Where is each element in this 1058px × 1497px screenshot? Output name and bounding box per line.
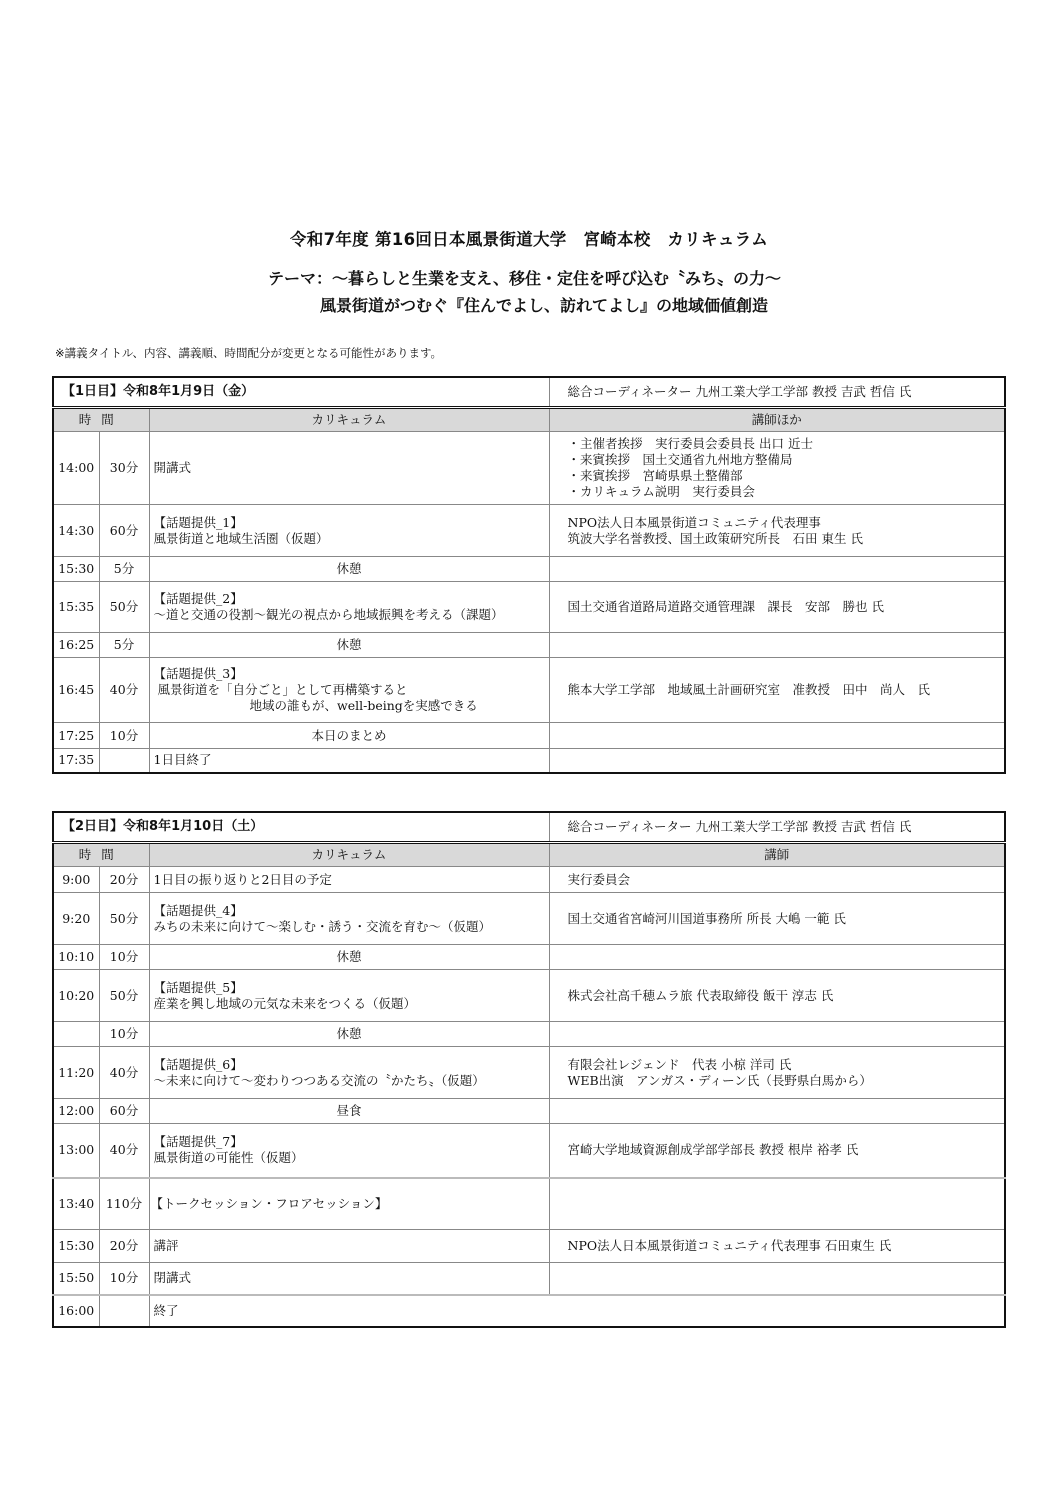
- row-curriculum: 閉講式: [149, 1263, 549, 1295]
- row-duration: 50分: [99, 582, 149, 633]
- curriculum-line: ～道と交通の役割～観光の視点から地域振興を考える（課題）: [154, 607, 545, 623]
- curriculum-line: 風景街道の可能性（仮題）: [154, 1150, 545, 1166]
- row-duration: 50分: [99, 893, 149, 945]
- curriculum-line: 【話題提供_2】: [154, 591, 545, 607]
- row-duration: 5分: [99, 557, 149, 582]
- curriculum-line: 【話題提供_3】: [154, 666, 545, 682]
- table-row: 17:25 10分 本日のまとめ: [53, 723, 1005, 749]
- row-lecturer: [549, 1022, 1005, 1047]
- row-curriculum: 【話題提供_4】 みちの未来に向けて～楽しむ・誘う・交流を育む～（仮題）: [149, 893, 549, 945]
- row-time: 15:30: [53, 557, 99, 582]
- theme-line-2: 風景街道がつむぐ『住んでよし、訪れてよし』の地域価値創造: [320, 293, 768, 316]
- row-duration: 20分: [99, 867, 149, 893]
- row-duration: [99, 749, 149, 773]
- day2-column-header: 時間 カリキュラム 講師: [53, 843, 1005, 867]
- row-duration: [99, 1295, 149, 1327]
- curriculum-line: 【話題提供_1】: [154, 515, 545, 531]
- row-curriculum: 終了: [149, 1295, 1005, 1327]
- day2-date-label: 【2日目】令和8年1月10日（土）: [53, 812, 549, 843]
- row-curriculum: 休憩: [149, 945, 549, 970]
- row-time: 16:45: [53, 658, 99, 723]
- table-row: 17:35 1日目終了: [53, 749, 1005, 773]
- table-row: 16:45 40分 【話題提供_3】 風景街道を「自分ごと」として再構築すると …: [53, 658, 1005, 723]
- column-header-curriculum: カリキュラム: [149, 408, 549, 432]
- row-time: 13:00: [53, 1124, 99, 1178]
- row-time: 14:30: [53, 505, 99, 557]
- row-curriculum: 昼食: [149, 1099, 549, 1124]
- day1-column-header: 時間 カリキュラム 講師ほか: [53, 408, 1005, 432]
- row-lecturer: 国土交通省宮崎河川国道事務所 所長 大嶋 一範 氏: [549, 893, 1005, 945]
- row-curriculum: 【話題提供_3】 風景街道を「自分ごと」として再構築すると 地域の誰もが、wel…: [149, 658, 549, 723]
- row-curriculum: 【話題提供_5】 産業を興し地域の元気な未来をつくる（仮題）: [149, 970, 549, 1022]
- row-curriculum: 休憩: [149, 1022, 549, 1047]
- row-duration: 30分: [99, 432, 149, 505]
- curriculum-line: 【話題提供_6】: [154, 1057, 545, 1073]
- table-row: 13:40 110分 【トークセッション・フロアセッション】: [53, 1178, 1005, 1230]
- row-time: 17:25: [53, 723, 99, 749]
- row-curriculum: 【話題提供_1】 風景街道と地域生活圏（仮題）: [149, 505, 549, 557]
- row-time: 15:30: [53, 1230, 99, 1263]
- column-header-time: 時間: [53, 843, 149, 867]
- table-row: 10分 休憩: [53, 1022, 1005, 1047]
- row-lecturer: NPO法人日本風景街道コミュニティ代表理事 石田東生 氏: [549, 1230, 1005, 1263]
- row-duration: 40分: [99, 1124, 149, 1178]
- row-lecturer: 国土交通省道路局道路交通管理課 課長 安部 勝也 氏: [549, 582, 1005, 633]
- row-lecturer: [549, 723, 1005, 749]
- table-row: 12:00 60分 昼食: [53, 1099, 1005, 1124]
- table-row: 13:00 40分 【話題提供_7】 風景街道の可能性（仮題） 宮崎大学地域資源…: [53, 1124, 1005, 1178]
- row-time: 17:35: [53, 749, 99, 773]
- lecturer-line: ・来賓挨拶 宮崎県県土整備部: [568, 468, 1001, 484]
- row-time: 9:20: [53, 893, 99, 945]
- row-time: 9:00: [53, 867, 99, 893]
- column-header-time: 時間: [53, 408, 149, 432]
- curriculum-line: 【話題提供_4】: [154, 903, 545, 919]
- curriculum-line: 産業を興し地域の元気な未来をつくる（仮題）: [154, 996, 545, 1012]
- row-curriculum: 1日目終了: [149, 749, 549, 773]
- row-lecturer: [549, 749, 1005, 773]
- lecturer-line: 筑波大学名誉教授、国土政策研究所長 石田 東生 氏: [568, 531, 1001, 547]
- lecturer-line: 有限会社レジェンド 代表 小椋 洋司 氏: [568, 1057, 1001, 1073]
- row-duration: 60分: [99, 505, 149, 557]
- row-curriculum: 【トークセッション・フロアセッション】: [149, 1178, 549, 1230]
- row-lecturer: [549, 945, 1005, 970]
- row-time: 16:25: [53, 633, 99, 658]
- row-curriculum: 【話題提供_2】 ～道と交通の役割～観光の視点から地域振興を考える（課題）: [149, 582, 549, 633]
- row-curriculum: 【話題提供_6】 ～未来に向けて～変わりつつある交流の〝かたち〟（仮題）: [149, 1047, 549, 1099]
- curriculum-line: 地域の誰もが、well-beingを実感できる: [154, 698, 545, 714]
- curriculum-line: 風景街道と地域生活圏（仮題）: [154, 531, 545, 547]
- table-row: 9:00 20分 1日目の振り返りと2日目の予定 実行委員会: [53, 867, 1005, 893]
- row-curriculum: 【話題提供_7】 風景街道の可能性（仮題）: [149, 1124, 549, 1178]
- table-row: 9:20 50分 【話題提供_4】 みちの未来に向けて～楽しむ・誘う・交流を育む…: [53, 893, 1005, 945]
- table-row: 15:50 10分 閉講式: [53, 1263, 1005, 1295]
- lecturer-line: WEB出演 アンガス・ディーン氏（長野県白馬から）: [568, 1073, 1001, 1089]
- curriculum-line: 開講式: [154, 460, 545, 476]
- row-time: 10:10: [53, 945, 99, 970]
- row-lecturer: 熊本大学工学部 地域風土計画研究室 准教授 田中 尚人 氏: [549, 658, 1005, 723]
- row-time: 13:40: [53, 1178, 99, 1230]
- day2-coordinator: 総合コーディネーター 九州工業大学工学部 教授 吉武 哲信 氏: [549, 812, 1005, 843]
- row-lecturer: NPO法人日本風景街道コミュニティ代表理事 筑波大学名誉教授、国土政策研究所長 …: [549, 505, 1005, 557]
- table-row: 15:30 5分 休憩: [53, 557, 1005, 582]
- row-curriculum: 本日のまとめ: [149, 723, 549, 749]
- row-time: [53, 1022, 99, 1047]
- row-lecturer: [549, 633, 1005, 658]
- row-time: 14:00: [53, 432, 99, 505]
- column-header-curriculum: カリキュラム: [149, 843, 549, 867]
- row-duration: 10分: [99, 723, 149, 749]
- row-lecturer: [549, 557, 1005, 582]
- lecturer-line: ・来賓挨拶 国土交通省九州地方整備局: [568, 452, 1001, 468]
- theme-line-1: テーマ：～暮らしと生業を支え、移住・定住を呼び込む〝みち〟の力～: [268, 266, 781, 289]
- row-lecturer: 実行委員会: [549, 867, 1005, 893]
- table-row: 11:20 40分 【話題提供_6】 ～未来に向けて～変わりつつある交流の〝かた…: [53, 1047, 1005, 1099]
- row-lecturer: ・主催者挨拶 実行委員会委員長 出口 近士 ・来賓挨拶 国土交通省九州地方整備局…: [549, 432, 1005, 505]
- row-time: 11:20: [53, 1047, 99, 1099]
- row-time: 16:00: [53, 1295, 99, 1327]
- day1-header-row: 【1日目】令和8年1月9日（金） 総合コーディネーター 九州工業大学工学部 教授…: [53, 377, 1005, 408]
- row-duration: 10分: [99, 1022, 149, 1047]
- row-time: 15:35: [53, 582, 99, 633]
- row-time: 10:20: [53, 970, 99, 1022]
- day1-schedule-table: 【1日目】令和8年1月9日（金） 総合コーディネーター 九州工業大学工学部 教授…: [52, 376, 1006, 774]
- row-lecturer: [549, 1178, 1005, 1230]
- row-duration: 60分: [99, 1099, 149, 1124]
- row-time: 15:50: [53, 1263, 99, 1295]
- table-row: 10:20 50分 【話題提供_5】 産業を興し地域の元気な未来をつくる（仮題）…: [53, 970, 1005, 1022]
- row-lecturer: 宮崎大学地域資源創成学部学部長 教授 根岸 裕孝 氏: [549, 1124, 1005, 1178]
- row-duration: 40分: [99, 658, 149, 723]
- row-duration: 20分: [99, 1230, 149, 1263]
- row-duration: 40分: [99, 1047, 149, 1099]
- row-lecturer: 株式会社高千穂ムラ旅 代表取締役 飯干 淳志 氏: [549, 970, 1005, 1022]
- table-row: 15:30 20分 講評 NPO法人日本風景街道コミュニティ代表理事 石田東生 …: [53, 1230, 1005, 1263]
- row-duration: 10分: [99, 1263, 149, 1295]
- document-title: 令和7年度 第16回日本風景街道大学 宮崎本校 カリキュラム: [0, 226, 1058, 250]
- row-curriculum: 休憩: [149, 633, 549, 658]
- row-curriculum: 休憩: [149, 557, 549, 582]
- table-row: 15:35 50分 【話題提供_2】 ～道と交通の役割～観光の視点から地域振興を…: [53, 582, 1005, 633]
- curriculum-line: みちの未来に向けて～楽しむ・誘う・交流を育む～（仮題）: [154, 919, 545, 935]
- curriculum-line: 【話題提供_5】: [154, 980, 545, 996]
- row-lecturer: [549, 1263, 1005, 1295]
- table-row: 14:30 60分 【話題提供_1】 風景街道と地域生活圏（仮題） NPO法人日…: [53, 505, 1005, 557]
- row-lecturer: [549, 1099, 1005, 1124]
- row-curriculum: 開講式: [149, 432, 549, 505]
- curriculum-line: 【話題提供_7】: [154, 1134, 545, 1150]
- lecturer-line: ・カリキュラム説明 実行委員会: [568, 484, 1001, 500]
- row-duration: 110分: [99, 1178, 149, 1230]
- curriculum-line: ～未来に向けて～変わりつつある交流の〝かたち〟（仮題）: [154, 1073, 545, 1089]
- day2-schedule-table: 【2日目】令和8年1月10日（土） 総合コーディネーター 九州工業大学工学部 教…: [52, 811, 1006, 1328]
- row-time: 12:00: [53, 1099, 99, 1124]
- row-duration: 5分: [99, 633, 149, 658]
- lecturer-line: NPO法人日本風景街道コミュニティ代表理事: [568, 515, 1001, 531]
- row-duration: 10分: [99, 945, 149, 970]
- table-row: 16:25 5分 休憩: [53, 633, 1005, 658]
- day1-date-label: 【1日目】令和8年1月9日（金）: [53, 377, 549, 408]
- table-row: 14:00 30分 開講式 ・主催者挨拶 実行委員会委員長 出口 近士 ・来賓挨…: [53, 432, 1005, 505]
- lecturer-line: ・主催者挨拶 実行委員会委員長 出口 近士: [568, 436, 1001, 452]
- day2-header-row: 【2日目】令和8年1月10日（土） 総合コーディネーター 九州工業大学工学部 教…: [53, 812, 1005, 843]
- column-header-lecturer: 講師: [549, 843, 1005, 867]
- day1-coordinator: 総合コーディネーター 九州工業大学工学部 教授 吉武 哲信 氏: [549, 377, 1005, 408]
- row-duration: 50分: [99, 970, 149, 1022]
- table-row: 16:00 終了: [53, 1295, 1005, 1327]
- table-row: 10:10 10分 休憩: [53, 945, 1005, 970]
- row-curriculum: 1日目の振り返りと2日目の予定: [149, 867, 549, 893]
- column-header-lecturer: 講師ほか: [549, 408, 1005, 432]
- row-curriculum: 講評: [149, 1230, 549, 1263]
- curriculum-line: 風景街道を「自分ごと」として再構築すると: [154, 682, 545, 698]
- row-lecturer: 有限会社レジェンド 代表 小椋 洋司 氏 WEB出演 アンガス・ディーン氏（長野…: [549, 1047, 1005, 1099]
- change-notice: ※講義タイトル、内容、講義順、時間配分が変更となる可能性があります。: [55, 345, 442, 361]
